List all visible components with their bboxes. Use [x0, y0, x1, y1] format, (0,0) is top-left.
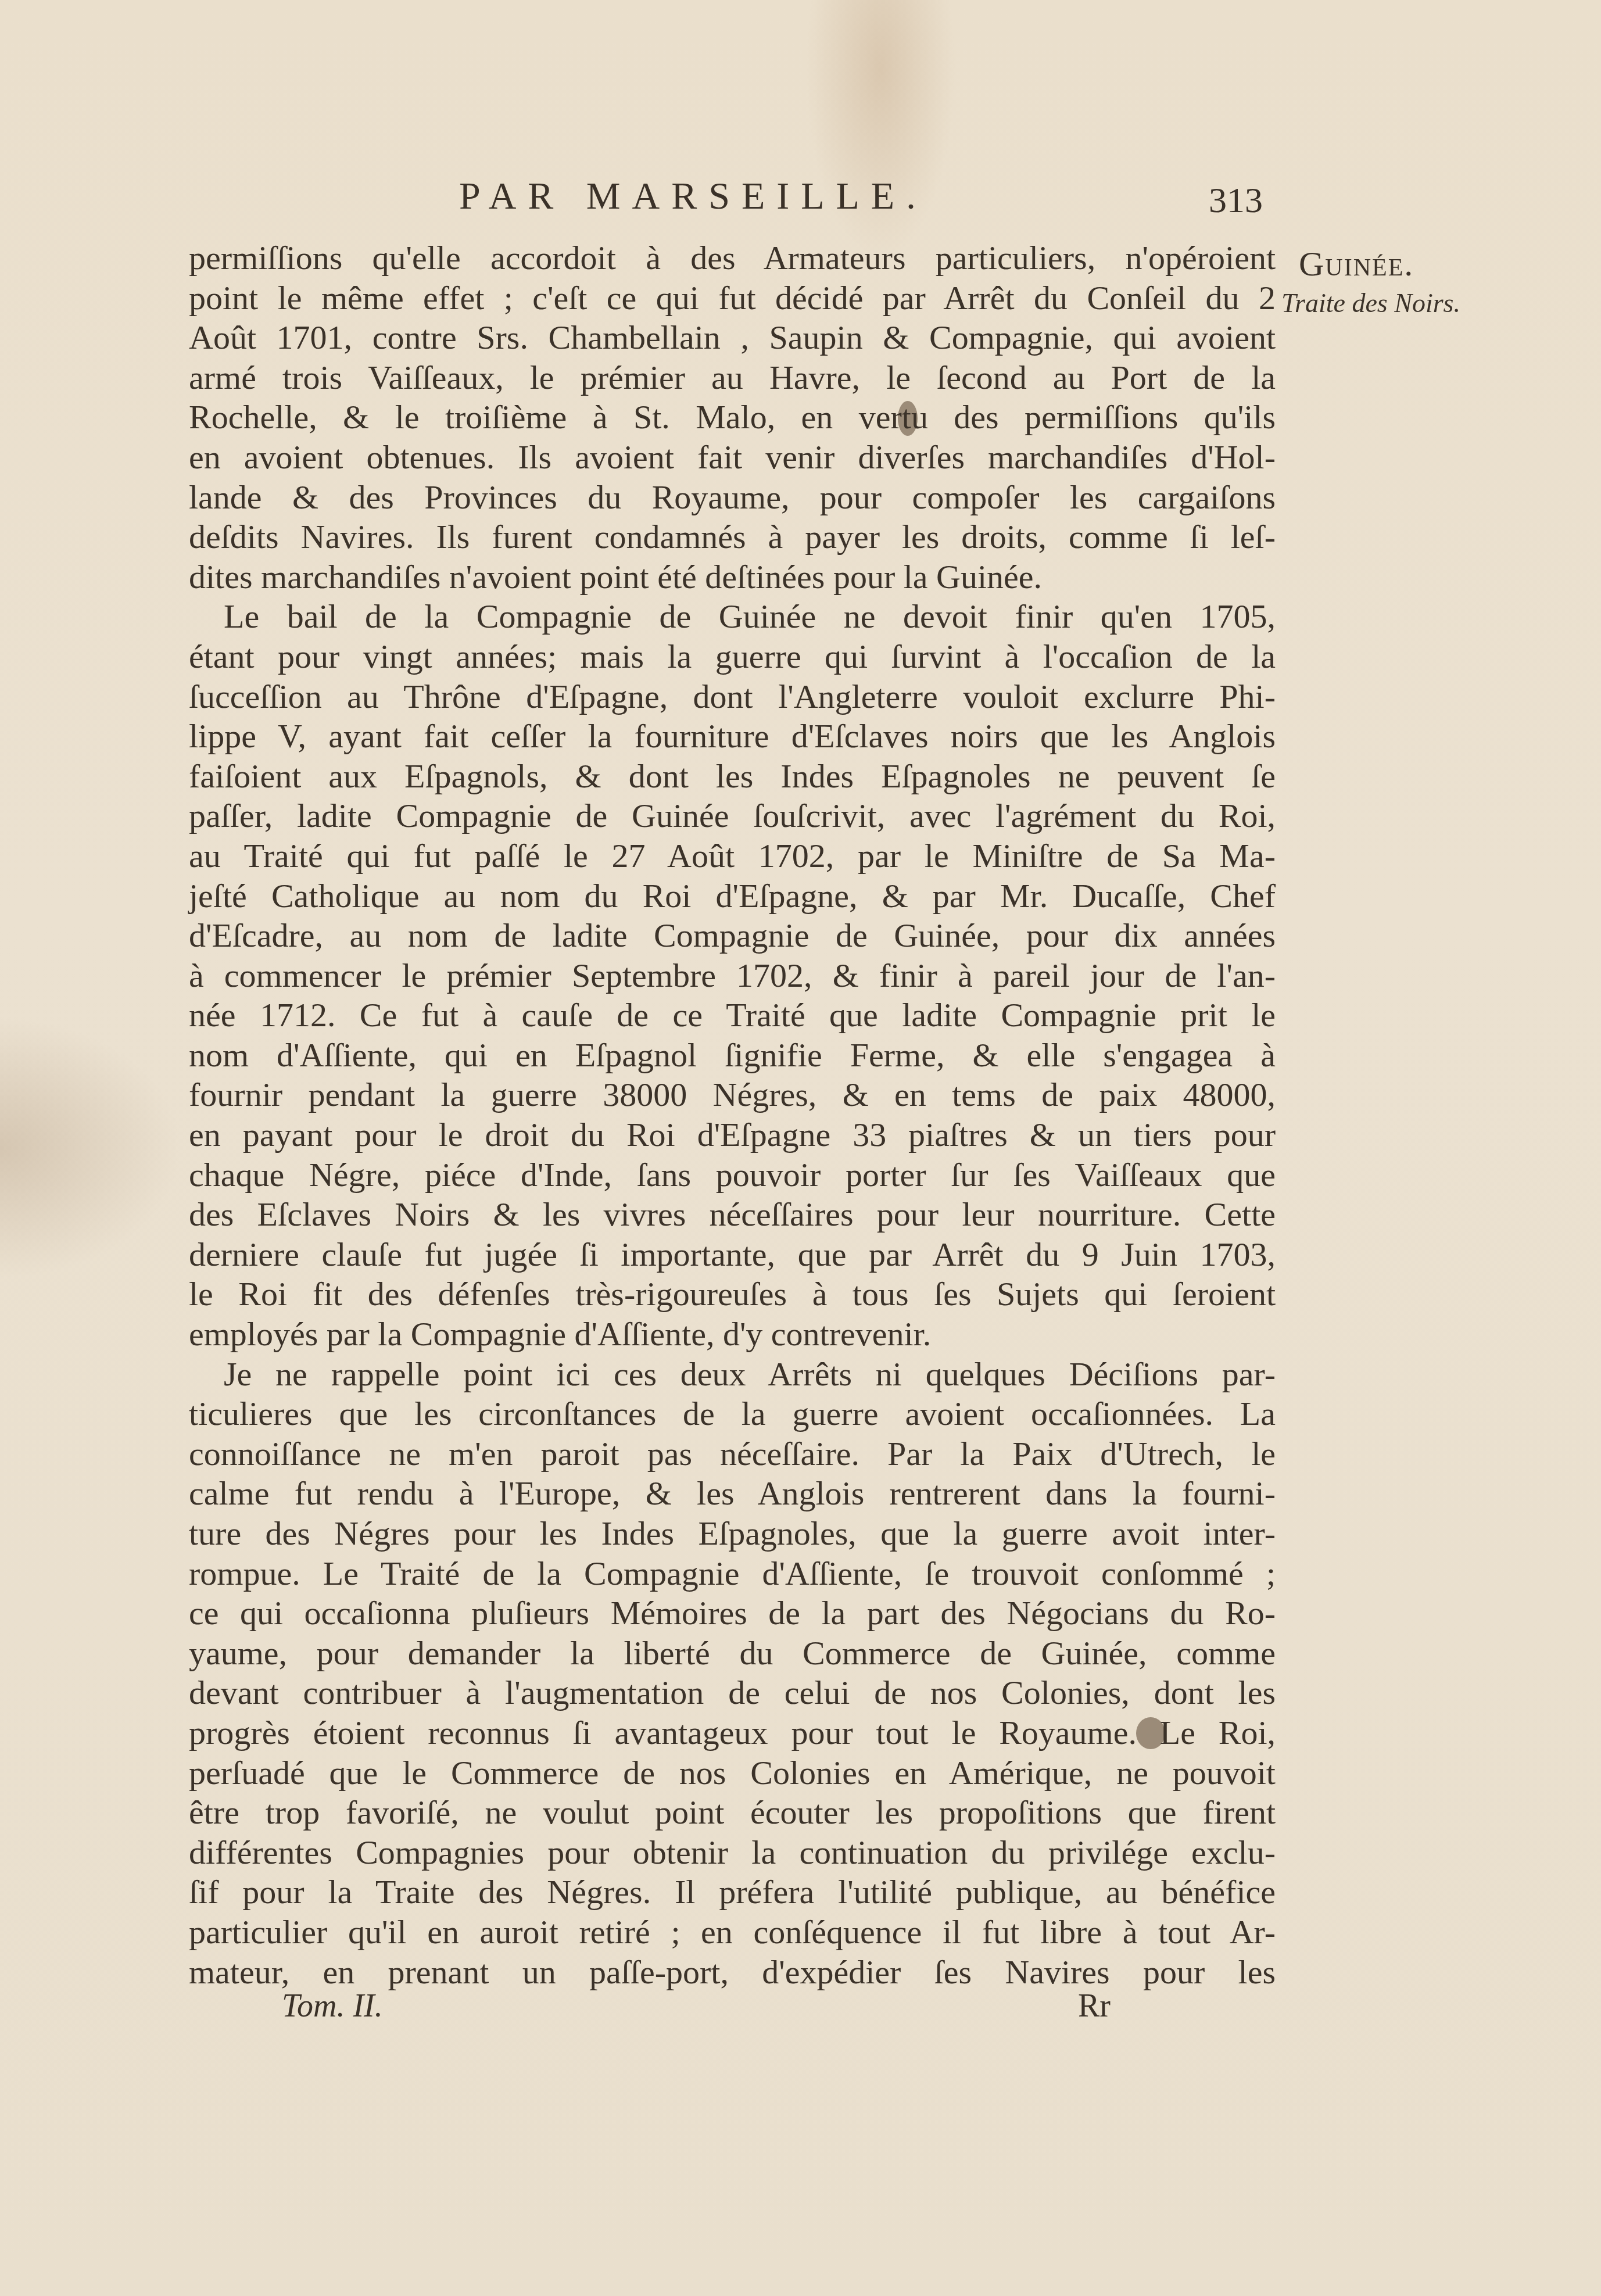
text-line: dites marchandiſes n'avoient point été d… — [189, 557, 1276, 597]
signature-mark: Rr — [1078, 1987, 1111, 2025]
text-line: connoiſſance ne m'en paroit pas néceſſai… — [189, 1434, 1276, 1474]
text-line: point le même effet ; c'eſt ce qui fut d… — [189, 278, 1276, 318]
volume-label: Tom. II. — [282, 1987, 383, 2025]
text-line: devant contribuer à l'augmentation de ce… — [189, 1673, 1276, 1713]
text-line: Le bail de la Compagnie de Guinée ne dev… — [189, 597, 1276, 637]
text-line: étant pour vingt années; mais la guerre … — [189, 637, 1276, 677]
text-line: yaume, pour demander la liberté du Comme… — [189, 1634, 1276, 1674]
text-line: chaque Négre, piéce d'Inde, ſans pouvoir… — [189, 1155, 1276, 1195]
text-line: calme fut rendu à l'Europe, & les Angloi… — [189, 1474, 1276, 1514]
text-line: d'Eſcadre, au nom de ladite Compagnie de… — [189, 916, 1276, 956]
text-line: différentes Compagnies pour obtenir la c… — [189, 1833, 1276, 1873]
text-line: en payant pour le droit du Roi d'Eſpagne… — [189, 1115, 1276, 1155]
text-line: nom d'Aſſiente, qui en Eſpagnol ſignifie… — [189, 1036, 1276, 1076]
text-line: permiſſions qu'elle accordoit à des Arma… — [189, 238, 1276, 278]
text-line: Je ne rappelle point ici ces deux Arrêts… — [189, 1355, 1276, 1395]
page-number: 313 — [1209, 180, 1263, 221]
text-line: faiſoient aux Eſpagnols, & dont les Inde… — [189, 757, 1276, 797]
text-line: au Traité qui fut paſſé le 27 Août 1702,… — [189, 836, 1276, 876]
text-line: le Roi fit des défenſes très-rigoureuſes… — [189, 1274, 1276, 1314]
text-line: ce qui occaſionna pluſieurs Mémoires de … — [189, 1593, 1276, 1634]
text-line: paſſer, ladite Compagnie de Guinée ſouſc… — [189, 796, 1276, 836]
text-line: jeſté Catholique au nom du Roi d'Eſpagne… — [189, 876, 1276, 916]
text-line: ſif pour la Traite des Négres. Il préfer… — [189, 1872, 1276, 1912]
body-text: permiſſions qu'elle accordoit à des Arma… — [189, 238, 1276, 1992]
text-line: en avoient obtenues. Ils avoient fait ve… — [189, 438, 1276, 478]
text-line: lippe V, ayant fait ceſſer la fourniture… — [189, 717, 1276, 757]
text-line: ticulieres que les circonſtances de la g… — [189, 1394, 1276, 1434]
text-line: ſucceſſion au Thrône d'Eſpagne, dont l'A… — [189, 677, 1276, 717]
text-line: progrès étoient reconnus ſi avantageux p… — [189, 1713, 1276, 1753]
text-line: Août 1701, contre Srs. Chambellain , Sau… — [189, 318, 1276, 358]
text-line: à commencer le prémier Septembre 1702, &… — [189, 956, 1276, 996]
text-line: particulier qu'il en auroit retiré ; en … — [189, 1912, 1276, 1953]
text-line: lande & des Provinces du Royaume, pour c… — [189, 478, 1276, 518]
text-line: derniere clauſe fut jugée ſi importante,… — [189, 1235, 1276, 1275]
margin-note-subtitle: Traite des Noirs. — [1281, 288, 1460, 318]
margin-note-title: Guinée. — [1299, 244, 1414, 284]
text-line: perſuadé que le Commerce de nos Colonies… — [189, 1753, 1276, 1793]
text-line: mateur, en prenant un paſſe-port, d'expé… — [189, 1953, 1276, 1993]
text-line: née 1712. Ce fut à cauſe de ce Traité qu… — [189, 995, 1276, 1036]
text-line: deſdits Navires. Ils furent condamnés à … — [189, 517, 1276, 557]
running-head: PAR MARSEILLE. — [459, 174, 927, 219]
text-line: rompue. Le Traité de la Compagnie d'Aſſi… — [189, 1554, 1276, 1594]
text-line: employés par la Compagnie d'Aſſiente, d'… — [189, 1314, 1276, 1355]
text-line: des Eſclaves Noirs & les vivres néceſſai… — [189, 1195, 1276, 1235]
text-line: armé trois Vaiſſeaux, le prémier au Havr… — [189, 358, 1276, 398]
text-line: ture des Négres pour les Indes Eſpagnole… — [189, 1514, 1276, 1554]
text-line: être trop favoriſé, ne voulut point écou… — [189, 1793, 1276, 1833]
text-line: fournir pendant la guerre 38000 Négres, … — [189, 1075, 1276, 1115]
text-line: Rochelle, & le troiſième à St. Malo, en … — [189, 397, 1276, 438]
